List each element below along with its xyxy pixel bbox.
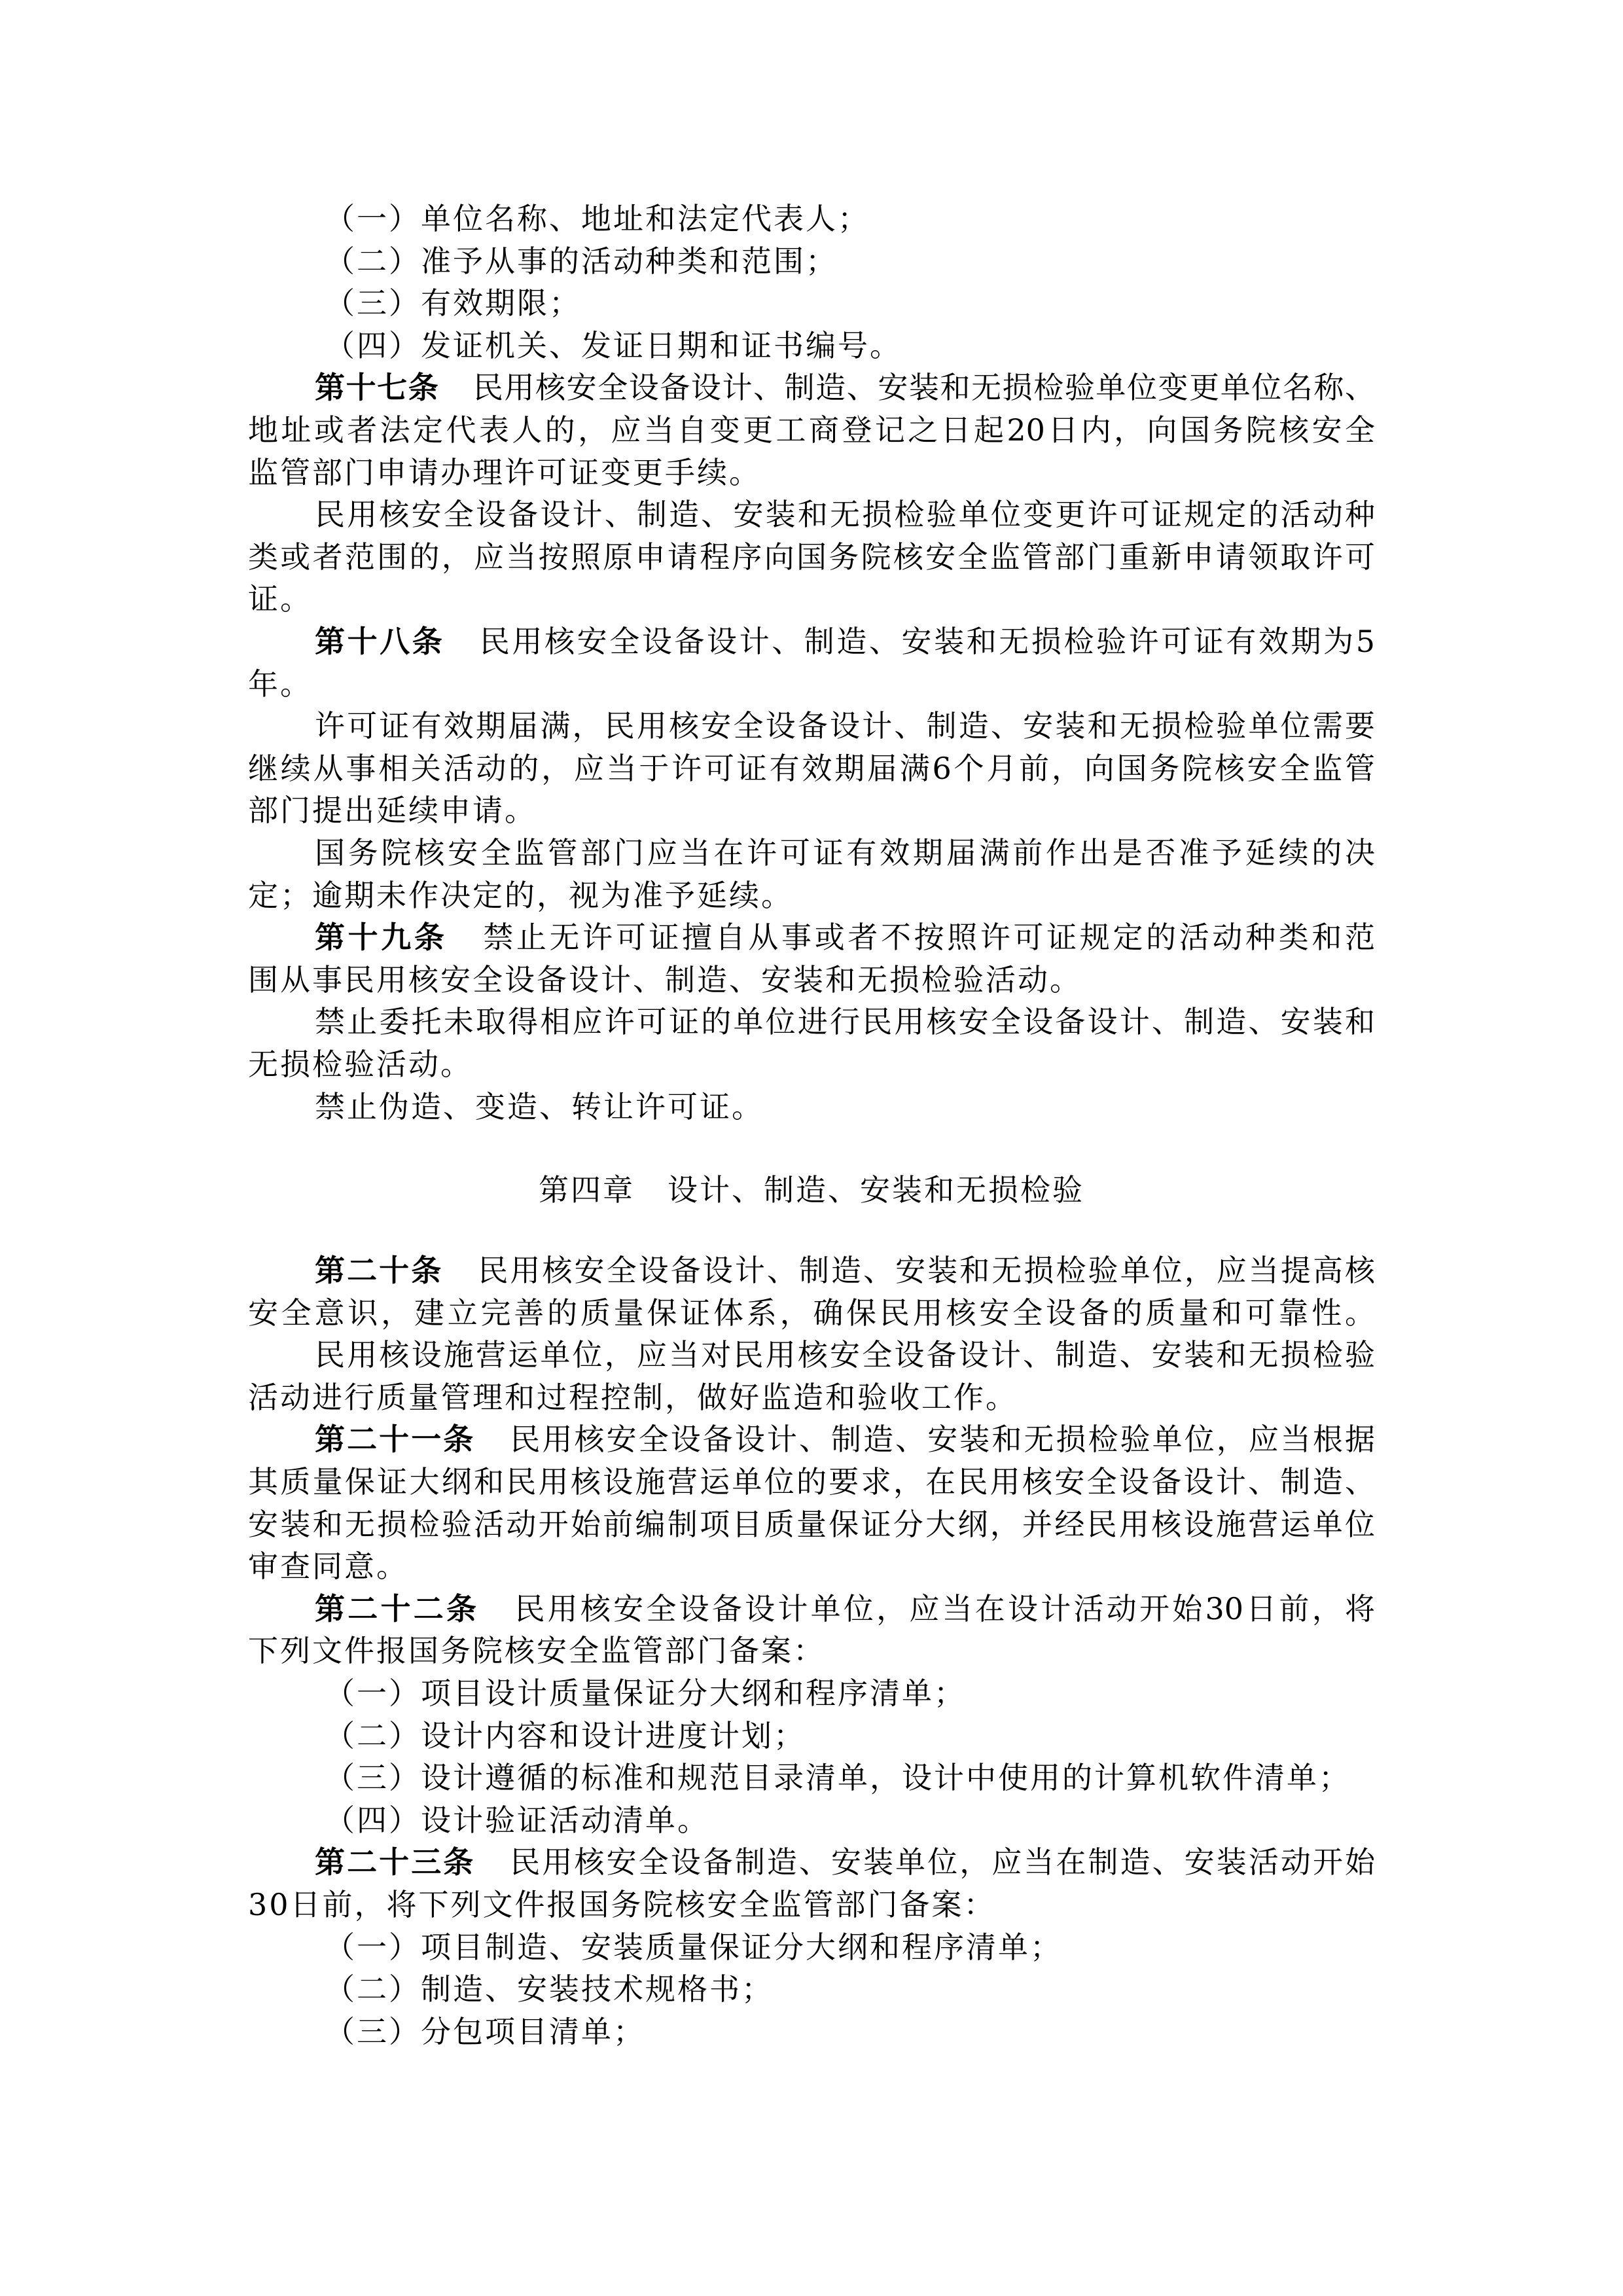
line-text: 证。 — [248, 581, 312, 617]
line-text: （四）发证机关、发证日期和证书编号。 — [325, 328, 902, 363]
paragraph-line: 定；逾期未作决定的，视为准予延续。 — [248, 874, 1375, 916]
line-text: 定；逾期未作决定的，视为准予延续。 — [248, 878, 793, 913]
line-text: 年。 — [248, 666, 312, 702]
chapter-heading: 第四章设计、制造、安装和无损检验 — [248, 1169, 1375, 1211]
chapter-title: 设计、制造、安装和无损检验 — [668, 1172, 1084, 1208]
paragraph-line: 年。 — [248, 663, 1375, 705]
list-item: （一）项目制造、安装质量保证分大纲和程序清单； — [325, 1926, 1375, 1968]
line-text: 禁止伪造、变造、转让许可证。 — [315, 1089, 764, 1124]
line-text: 继续从事相关活动的，应当于许可证有效期届满6个月前，向国务院核安全监管 — [248, 751, 1375, 786]
paragraph-line: 部门提出延续申请。 — [248, 789, 1375, 831]
line-text: 民用核安全设备设计单位，应当在设计活动开始30日前，将 — [512, 1591, 1375, 1626]
line-text: 民用核安全设备设计、制造、安装和无损检验许可证有效期为5 — [477, 624, 1375, 659]
line-text: （四）设计验证活动清单。 — [325, 1803, 709, 1838]
paragraph-line: 禁止伪造、变造、转让许可证。 — [315, 1086, 1375, 1128]
paragraph-line: 活动进行质量管理和过程控制，做好监造和验收工作。 — [248, 1376, 1375, 1418]
line-text: 安装和无损检验活动开始前编制项目质量保证分大纲，并经民用核设施营运单位 — [248, 1507, 1375, 1542]
paragraph-line: 民用核设施营运单位，应当对民用核安全设备设计、制造、安装和无损检验 — [315, 1334, 1375, 1376]
line-text: 围从事民用核安全设备设计、制造、安装和无损检验活动。 — [248, 962, 1082, 997]
list-item: （一）单位名称、地址和法定代表人； — [325, 198, 1375, 240]
line-text: 其质量保证大纲和民用核设施营运单位的要求，在民用核安全设备设计、制造、 — [248, 1464, 1375, 1499]
line-text: 民用核安全设备设计、制造、安装和无损检验单位变更单位名称、 — [472, 370, 1375, 405]
list-item: （二）设计内容和设计进度计划； — [325, 1715, 1375, 1757]
line-text: 下列文件报国务院核安全监管部门备案： — [248, 1633, 825, 1668]
chapter-number: 第四章 — [539, 1172, 635, 1208]
line-text: 许可证有效期届满，民用核安全设备设计、制造、安装和无损检验单位需要 — [315, 708, 1375, 744]
line-text: 审查同意。 — [248, 1549, 408, 1584]
article-number: 第二十一条 — [315, 1422, 475, 1457]
paragraph-line: 监管部门申请办理许可证变更手续。 — [248, 452, 1375, 493]
paragraph-line: 类或者范围的，应当按照原申请程序向国务院核安全监管部门重新申请领取许可 — [248, 536, 1375, 578]
article-line: 第十八条民用核安全设备设计、制造、安装和无损检验许可证有效期为5 — [315, 620, 1375, 662]
line-text: 民用核设施营运单位，应当对民用核安全设备设计、制造、安装和无损检验 — [315, 1337, 1375, 1372]
paragraph-line: 证。 — [248, 578, 1375, 620]
article-number: 第二十条 — [315, 1253, 443, 1288]
line-text: （一）项目设计质量保证分大纲和程序清单； — [325, 1676, 966, 1711]
line-text: （二）设计内容和设计进度计划； — [325, 1718, 806, 1753]
list-item: （三）有效期限； — [325, 282, 1375, 324]
list-item: （四）发证机关、发证日期和证书编号。 — [325, 325, 1375, 367]
line-text: （二）准予从事的活动种类和范围； — [325, 243, 838, 279]
line-text: 民用核安全设备设计、制造、安装和无损检验单位，应当提高核 — [476, 1253, 1375, 1288]
line-text: （三）有效期限； — [325, 285, 581, 321]
list-item: （四）设计验证活动清单。 — [325, 1799, 1375, 1841]
paragraph-line: 许可证有效期届满，民用核安全设备设计、制造、安装和无损检验单位需要 — [315, 705, 1375, 747]
paragraph-line: 安装和无损检验活动开始前编制项目质量保证分大纲，并经民用核设施营运单位 — [248, 1503, 1375, 1545]
article-number: 第二十二条 — [315, 1591, 479, 1626]
document-page: （一）单位名称、地址和法定代表人；（二）准予从事的活动种类和范围；（三）有效期限… — [0, 0, 1623, 2296]
list-item: （三）分包项目清单； — [325, 2011, 1375, 2053]
article-line: 第二十三条民用核安全设备制造、安装单位，应当在制造、安装活动开始 — [315, 1841, 1375, 1883]
line-text: 国务院核安全监管部门应当在许可证有效期届满前作出是否准予延续的决 — [315, 835, 1375, 870]
line-text: 民用核安全设备设计、制造、安装和无损检验单位，应当根据 — [508, 1422, 1375, 1457]
paragraph-line: 30日前，将下列文件报国务院核安全监管部门备案： — [248, 1884, 1375, 1926]
article-line: 第二十一条民用核安全设备设计、制造、安装和无损检验单位，应当根据 — [315, 1418, 1375, 1460]
article-number: 第十七条 — [315, 370, 439, 405]
line-text: 活动进行质量管理和过程控制，做好监造和验收工作。 — [248, 1380, 1018, 1415]
list-item: （一）项目设计质量保证分大纲和程序清单； — [325, 1672, 1375, 1714]
paragraph-line: 民用核安全设备设计、制造、安装和无损检验单位变更许可证规定的活动种 — [315, 493, 1375, 535]
line-text: （三）分包项目清单； — [325, 2014, 645, 2049]
line-text: 地址或者法定代表人的，应当自变更工商登记之日起20日内，向国务院核安全 — [248, 412, 1375, 448]
list-item: （三）设计遵循的标准和规范目录清单，设计中使用的计算机软件清单； — [325, 1757, 1375, 1799]
article-line: 第十九条禁止无许可证擅自从事或者不按照许可证规定的活动种类和范 — [315, 916, 1375, 958]
article-line: 第十七条民用核安全设备设计、制造、安装和无损检验单位变更单位名称、 — [315, 367, 1375, 408]
line-text: 部门提出延续申请。 — [248, 793, 537, 828]
line-text: 安全意识，建立完善的质量保证体系，确保民用核安全设备的质量和可靠性。 — [248, 1295, 1375, 1331]
article-number: 第十九条 — [315, 920, 448, 955]
line-text: 禁止无许可证擅自从事或者不按照许可证规定的活动种类和范 — [480, 920, 1375, 955]
list-item: （二）制造、安装技术规格书； — [325, 1968, 1375, 2010]
line-text: 30日前，将下列文件报国务院核安全监管部门备案： — [248, 1887, 996, 1922]
paragraph-line: 无损检验活动。 — [248, 1043, 1375, 1085]
line-text: 类或者范围的，应当按照原申请程序向国务院核安全监管部门重新申请领取许可 — [248, 539, 1375, 575]
line-text: 无损检验活动。 — [248, 1047, 473, 1082]
paragraph-line: 禁止委托未取得相应许可证的单位进行民用核安全设备设计、制造、安装和 — [315, 1001, 1375, 1043]
paragraph-line: 审查同意。 — [248, 1545, 1375, 1587]
article-number: 第二十三条 — [315, 1844, 475, 1880]
line-text: 民用核安全设备设计、制造、安装和无损检验单位变更许可证规定的活动种 — [315, 497, 1375, 532]
line-text: （三）设计遵循的标准和规范目录清单，设计中使用的计算机软件清单； — [325, 1760, 1351, 1795]
line-text: 民用核安全设备制造、安装单位，应当在制造、安装活动开始 — [508, 1844, 1375, 1880]
paragraph-line: 地址或者法定代表人的，应当自变更工商登记之日起20日内，向国务院核安全 — [248, 409, 1375, 451]
line-text: 禁止委托未取得相应许可证的单位进行民用核安全设备设计、制造、安装和 — [315, 1004, 1375, 1039]
paragraph-line: 其质量保证大纲和民用核设施营运单位的要求，在民用核安全设备设计、制造、 — [248, 1461, 1375, 1503]
paragraph-line: 安全意识，建立完善的质量保证体系，确保民用核安全设备的质量和可靠性。 — [248, 1292, 1375, 1334]
paragraph-line: 下列文件报国务院核安全监管部门备案： — [248, 1630, 1375, 1672]
line-text: 监管部门申请办理许可证变更手续。 — [248, 455, 761, 490]
line-text: （一）单位名称、地址和法定代表人； — [325, 201, 870, 236]
paragraph-line: 围从事民用核安全设备设计、制造、安装和无损检验活动。 — [248, 959, 1375, 1001]
list-item: （二）准予从事的活动种类和范围； — [325, 240, 1375, 282]
article-number: 第十八条 — [315, 624, 444, 659]
line-text: （二）制造、安装技术规格书； — [325, 1971, 774, 2007]
paragraph-line: 国务院核安全监管部门应当在许可证有效期届满前作出是否准予延续的决 — [315, 832, 1375, 874]
article-line: 第二十条民用核安全设备设计、制造、安装和无损检验单位，应当提高核 — [315, 1249, 1375, 1291]
article-line: 第二十二条民用核安全设备设计单位，应当在设计活动开始30日前，将 — [315, 1588, 1375, 1630]
paragraph-line: 继续从事相关活动的，应当于许可证有效期届满6个月前，向国务院核安全监管 — [248, 747, 1375, 789]
line-text: （一）项目制造、安装质量保证分大纲和程序清单； — [325, 1929, 1062, 1965]
